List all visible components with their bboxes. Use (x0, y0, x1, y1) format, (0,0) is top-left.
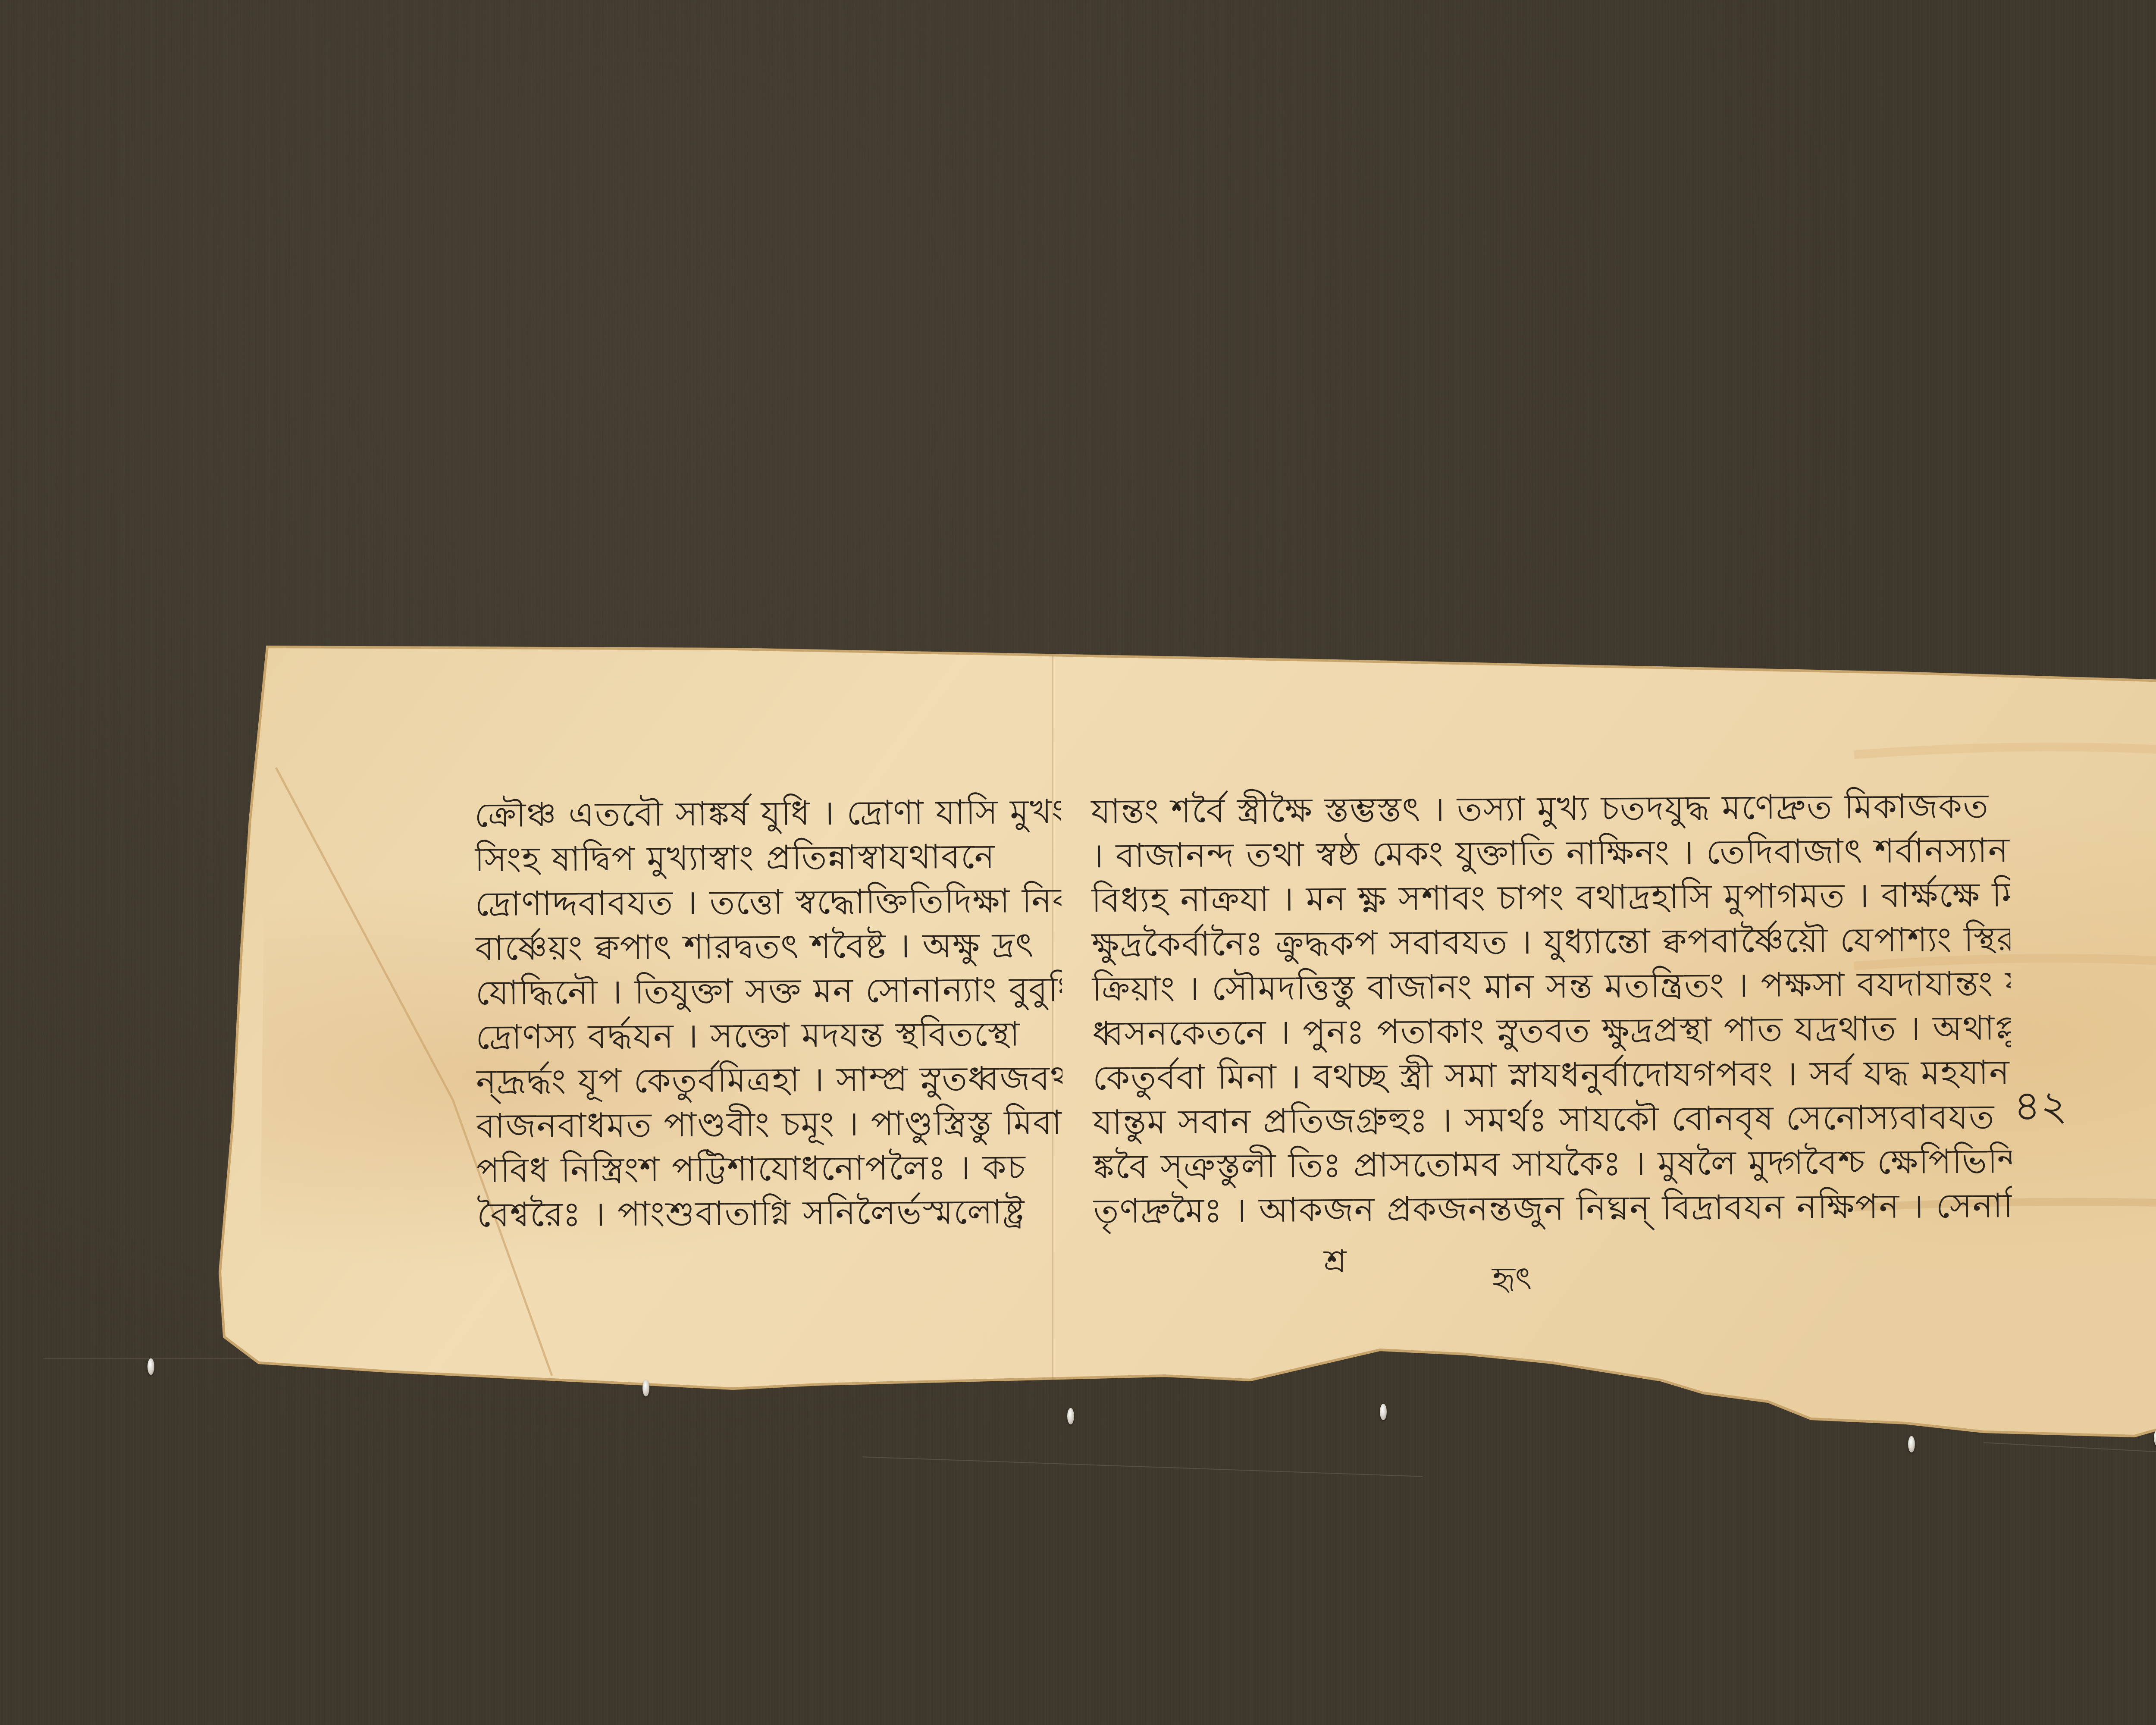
folio-number: ৪২ (2014, 1074, 2068, 1143)
mounting-pin (147, 1358, 154, 1375)
mounting-pin (1908, 1436, 1915, 1452)
marginal-mark: শ্র (1324, 1238, 1346, 1289)
mounting-pin (1067, 1408, 1074, 1424)
mounting-pin (642, 1380, 649, 1396)
mounting-pin (1380, 1404, 1387, 1420)
text-line: বৈশ্বরৈঃ । পাংশুবাতাগ্নি সনিলৈর্ভস্মলোষ্… (477, 1184, 2012, 1238)
marginal-mark: হৃৎ (1492, 1255, 1532, 1307)
manuscript-text: ক্রৌঞ্চ এতবৌ সাঙ্কর্ষ যুধি । দ্রোণা যাসি… (474, 784, 2012, 1238)
